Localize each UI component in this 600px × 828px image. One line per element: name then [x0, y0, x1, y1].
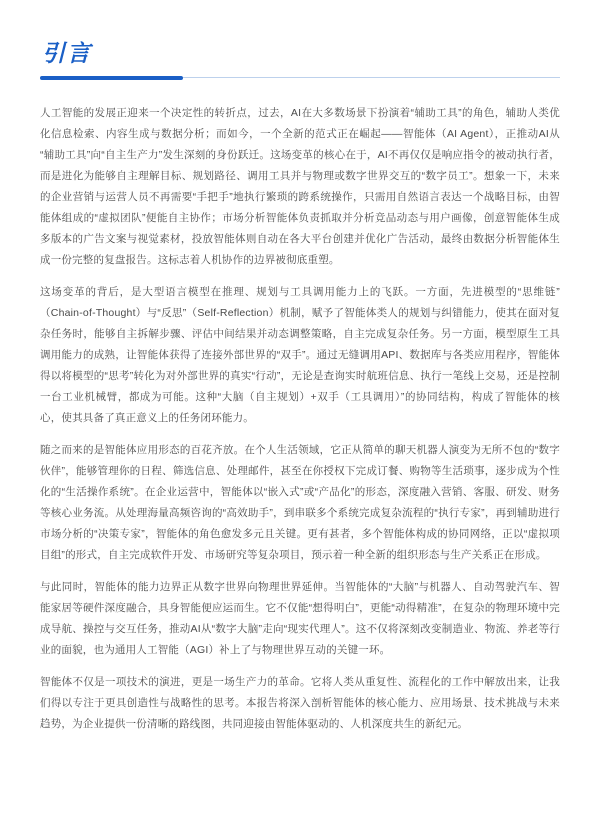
- document-page: 引言 人工智能的发展正迎来一个决定性的转折点，过去，AI在大多数场景下扮演着“辅…: [0, 0, 600, 828]
- section-title: 引言: [42, 40, 560, 66]
- paragraph: 与此同时，智能体的能力边界正从数字世界向物理世界延伸。当智能体的“大脑”与机器人…: [40, 577, 560, 661]
- title-divider-thin-segment: [183, 77, 560, 78]
- body-text: 人工智能的发展正迎来一个决定性的转折点，过去，AI在大多数场景下扮演着“辅助工具…: [40, 103, 560, 735]
- paragraph: 随之而来的是智能体应用形态的百花齐放。在个人生活领域，它正从简单的聊天机器人演变…: [40, 440, 560, 566]
- paragraph: 人工智能的发展正迎来一个决定性的转折点，过去，AI在大多数场景下扮演着“辅助工具…: [40, 103, 560, 271]
- title-divider: [40, 75, 560, 80]
- paragraph: 这场变革的背后，是大型语言模型在推理、规划与工具调用能力上的飞跃。一方面，先进模…: [40, 282, 560, 429]
- title-divider-thick-segment: [40, 76, 183, 80]
- paragraph: 智能体不仅是一项技术的演进，更是一场生产力的革命。它将人类从重复性、流程化的工作…: [40, 672, 560, 735]
